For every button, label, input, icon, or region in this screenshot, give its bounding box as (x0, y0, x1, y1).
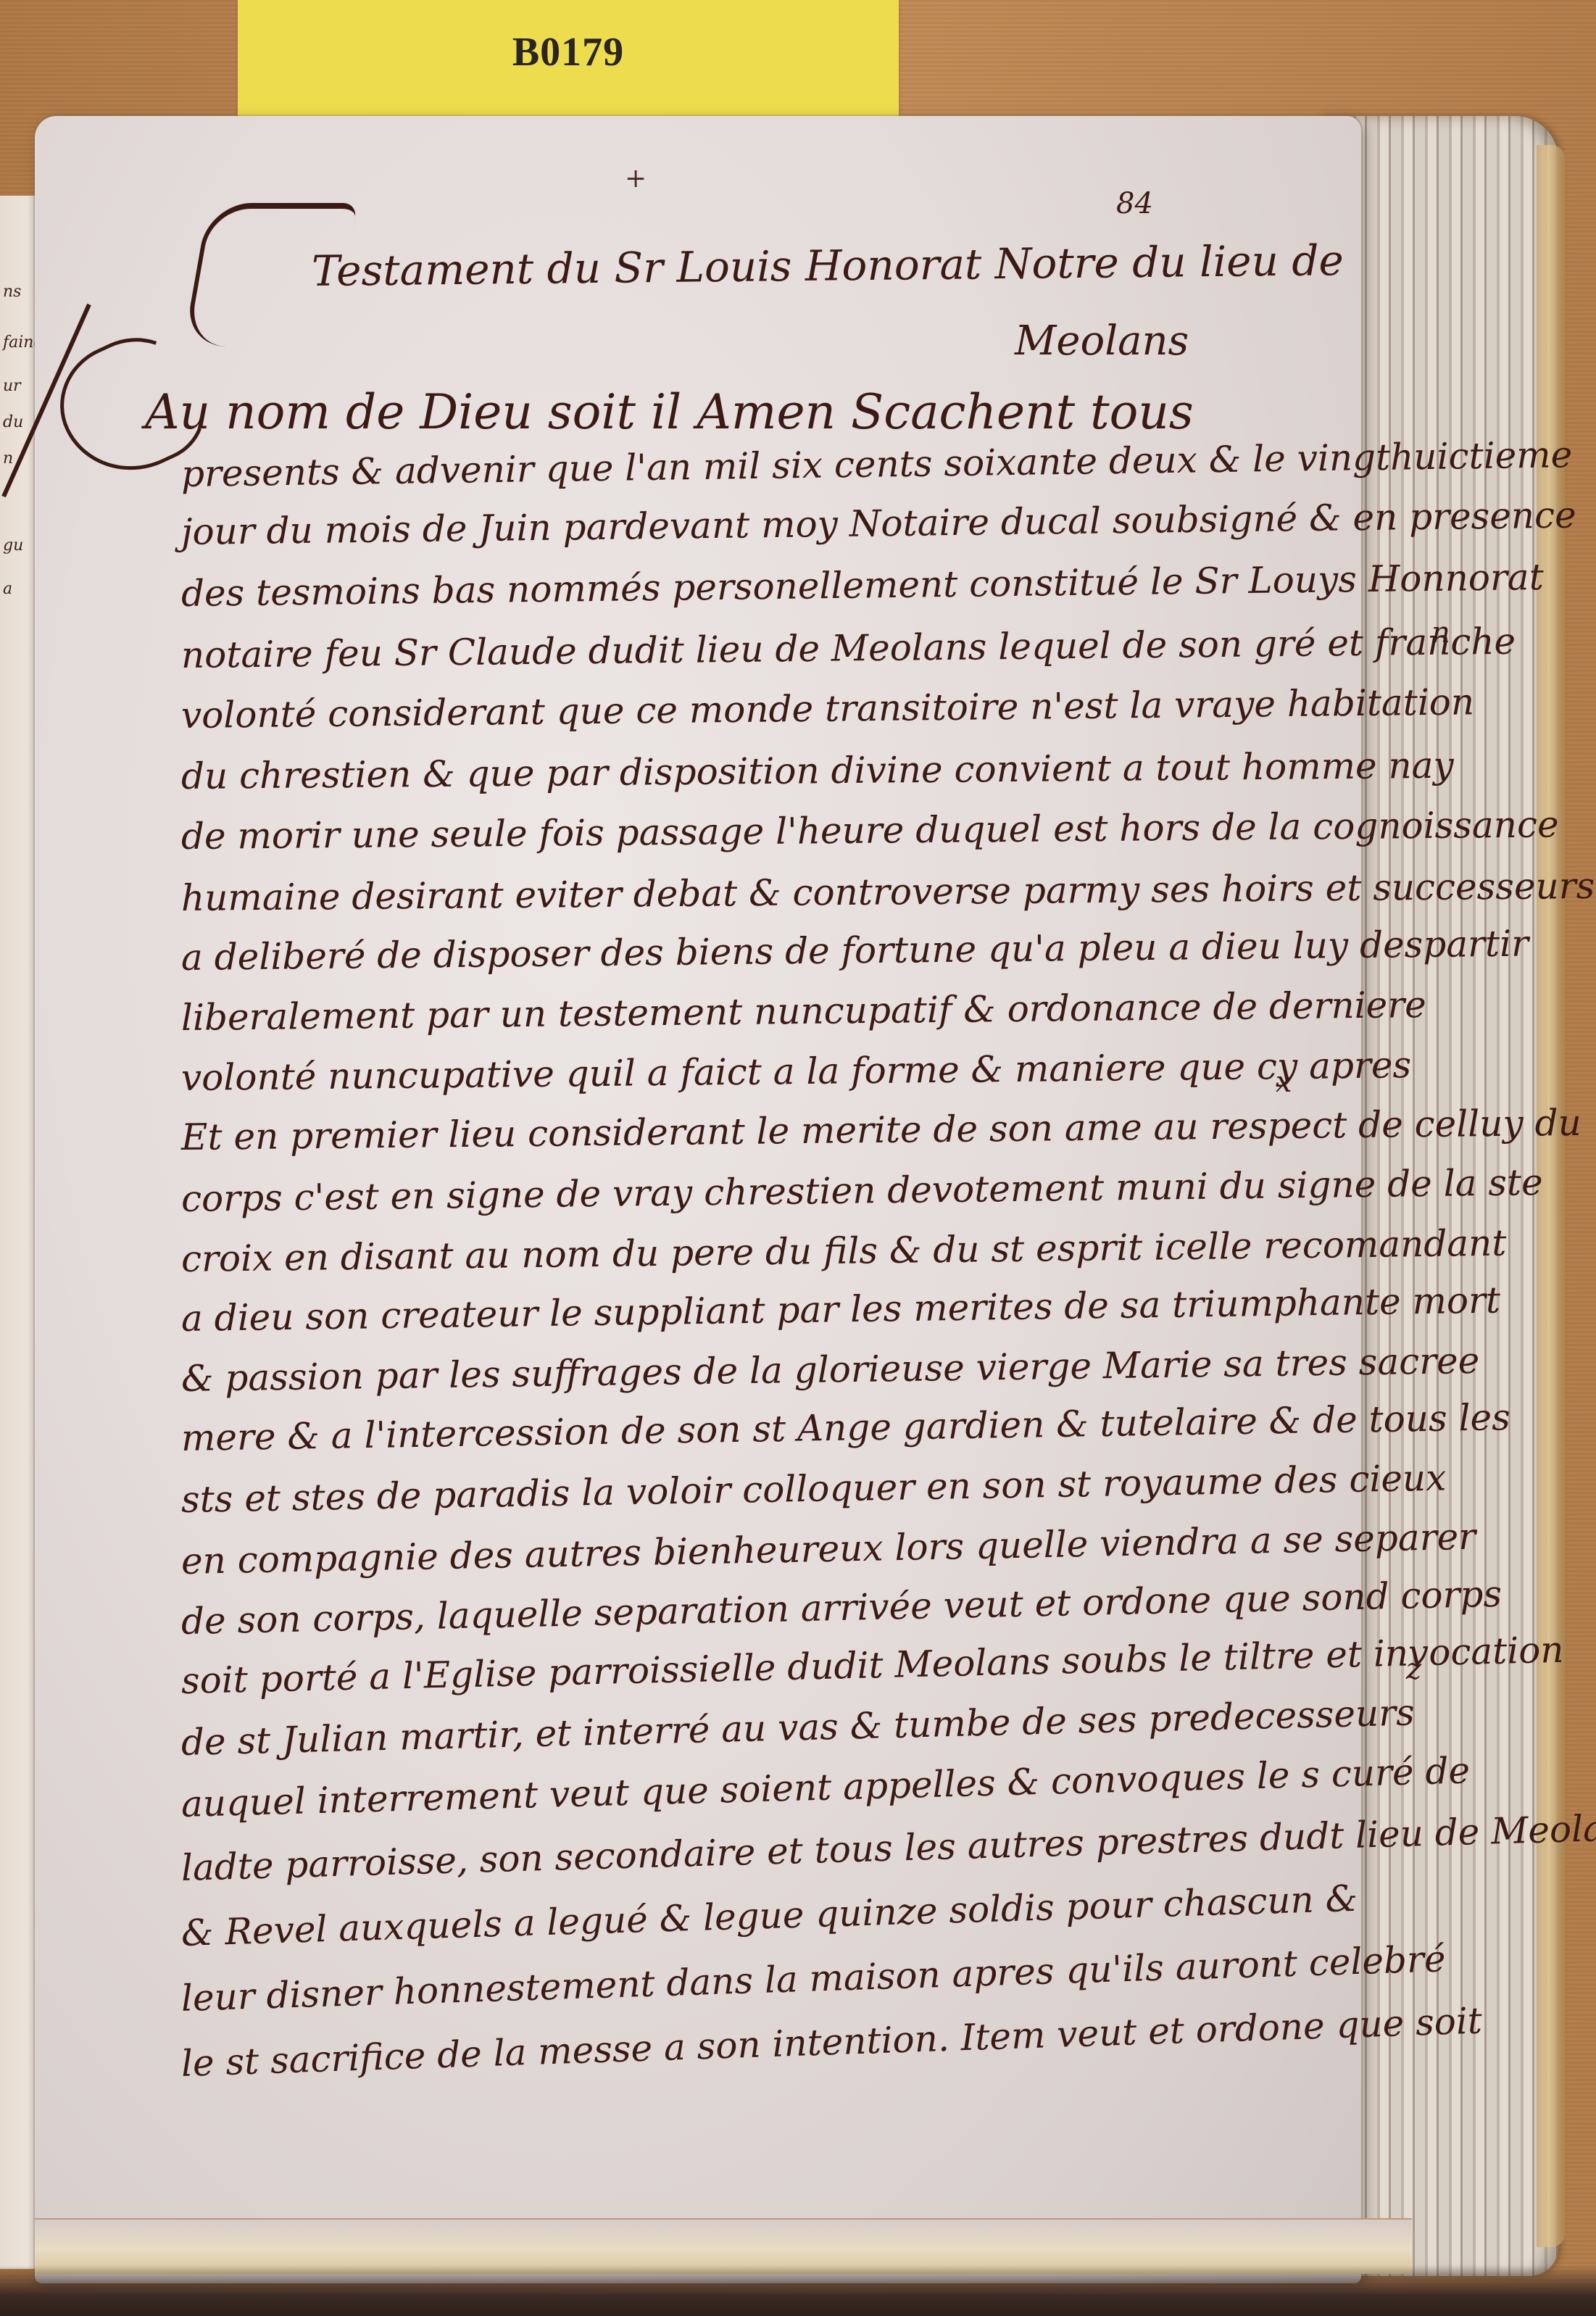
table-shadow (0, 2265, 1596, 2316)
left-page-fragment: du (3, 413, 23, 431)
left-page-fragment: ur (3, 377, 21, 395)
manuscript-line: Au nom de Dieu soit il Amen Scachent tou… (145, 384, 1194, 440)
folio-number: 84 (1116, 187, 1153, 220)
cross-mark: + (625, 164, 647, 194)
margin-mark: x (1276, 1066, 1292, 1099)
left-page-fragment: n (3, 449, 13, 468)
left-page-fragment: a (3, 580, 12, 598)
left-page-fragment: ns (3, 283, 21, 301)
margin-mark: z (1406, 1653, 1421, 1686)
archive-label-text: B0179 (238, 29, 899, 75)
left-page-fragment: gu (3, 536, 23, 555)
document-title-continued: Meolans (1015, 317, 1189, 365)
margin-mark: n (1431, 616, 1450, 649)
